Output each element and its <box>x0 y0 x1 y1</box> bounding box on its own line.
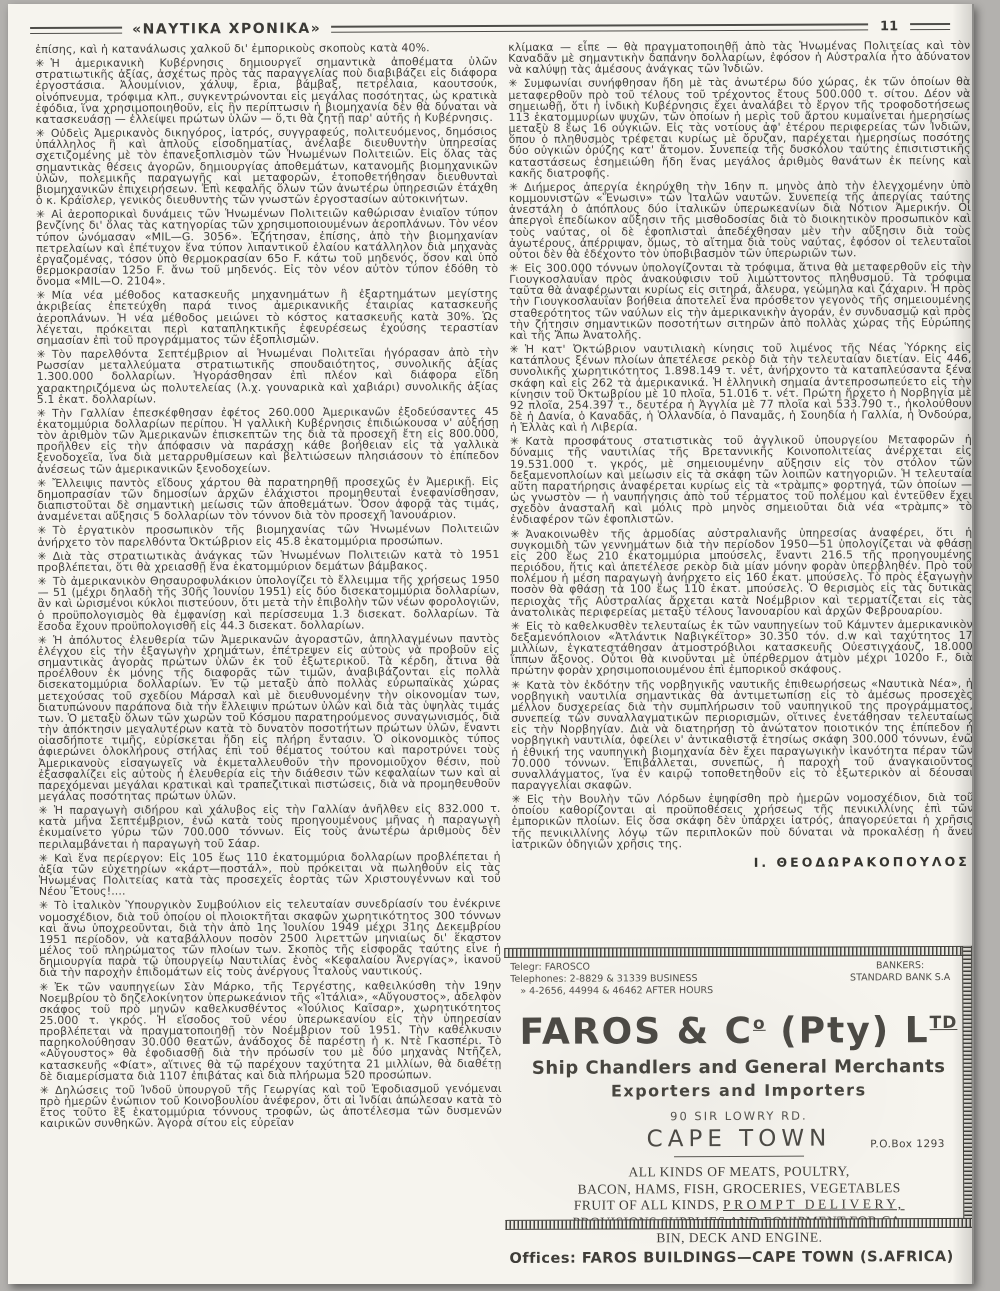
ad-city: CAPE TOWN <box>647 1126 832 1153</box>
news-paragraph: ✳Ἡ ἀπόλυτος ἐλευθερία τῶν Ἀμερικανῶν ἀγο… <box>38 633 501 802</box>
news-paragraph: ✳Ἔλλειψις παντὸς εἴδους χάρτου θὰ παρατη… <box>37 476 499 523</box>
paragraph-text: Εἰς 300.000 τόννων ὑπολογίζονται τὰ τρόφ… <box>509 260 971 342</box>
header-rule-middle <box>331 23 868 32</box>
news-paragraph: κλίμακα — εἶπε — θὰ πραγματοποιηθῇ ἀπὸ τ… <box>508 40 970 75</box>
ad-goods-line-1: ALL KINDS OF MEATS, POULTRY, <box>505 1163 973 1182</box>
ad-border-bottom <box>505 1218 973 1230</box>
news-paragraph: ἐπίσης, καὶ ἡ κατανάλωσις χαλκοῦ δι' ἐμπ… <box>35 42 497 55</box>
ad-subtitle-chandlers: Ship Chandlers and General Merchants <box>505 1056 973 1079</box>
paragraph-text: Ἐκ τῶν ναυπηγείων Σὰν Μάρκο, τῆς Τεργέστ… <box>39 978 501 1082</box>
ad-city-row: CAPE TOWN P.O.Box 1293 <box>505 1125 973 1153</box>
paragraph-text: Εἰς τὸ καθελκυσθὲν τελευταίως ἐκ τῶν ναυ… <box>511 618 973 678</box>
ad-street-address: 90 SIR LOWRY RD. <box>505 1108 973 1124</box>
ad-pobox: P.O.Box 1293 <box>870 1138 945 1150</box>
paragraph-text: Διήμερος ἀπεργία ἐκηρύχθη τὴν 16ην π. μη… <box>509 179 971 261</box>
paragraph-text: Οὐδεὶς Ἀμερικανὸς δικηγόρος, ἰατρός, συγ… <box>36 125 498 207</box>
paragraph-text: Τὴν Γαλλίαν ἐπεσκέφθησαν ἐφέτος 260.000 … <box>37 405 499 476</box>
news-paragraph: ✳Τὸ ἀμερικανικὸν Θησαυροφυλάκιον ὑπολογί… <box>37 574 499 632</box>
ad-company-name-main: FAROS & C <box>519 1011 753 1053</box>
paragraph-text: Ἔλλειψις παντὸς εἴδους χάρτου θὰ παρατηρ… <box>37 475 499 523</box>
news-paragraph: ✳Ἡ παραγωγὴ σιδήρου καὶ χάλυβος εἰς τὴν … <box>38 803 500 850</box>
news-paragraph: ✳Ἡ κατ' Ὀκτώβριον ναυτιλιακὴ κίνησις τοῦ… <box>509 342 971 433</box>
news-paragraph: ✳Εἰς τὸ καθελκυσθὲν τελευταίως ἐκ τῶν να… <box>511 619 973 677</box>
paragraph-text: Δηλώσεις τοῦ Ἰνδοῦ ὑπουργοῦ τῆς Γεωργίας… <box>40 1082 502 1130</box>
ad-phones-afterhours: » 4-2656, 44994 & 46462 AFTER HOURS <box>510 985 713 998</box>
paragraph-text: Διὰ τὰς στρατιωτικὰς ἀνάγκας τῶν Ἡνωμένω… <box>37 548 499 574</box>
paragraph-text: Ἡ κατ' Ὀκτώβριον ναυτιλιακὴ κίνησις τοῦ … <box>510 341 972 434</box>
page-number: 11 <box>878 19 900 34</box>
ad-offices-line: Offices: FAROS BUILDINGS—CAPE TOWN (S.AF… <box>505 1248 973 1266</box>
paragraph-text: Συμφωνίαι συνήφθησαν ἤδη μὲ τὰς ἀνωτέρω … <box>508 75 970 179</box>
scanned-page: «ΝΑΥΤΙΚΑ ΧΡΟΝΙΚΑ» 11 ἐπίσης, καὶ ἡ καταν… <box>8 4 974 1284</box>
advertisement-faros: Telegr: FAROSCO Telephones: 2-8829 & 313… <box>504 946 973 1230</box>
news-paragraph: ✳Τὸν παρελθόντα Σεπτέμβριον αἱ Ἡνωμέναι … <box>37 347 499 405</box>
paragraph-text: Τὸ ἀμερικανικὸν Θησαυροφυλάκιον ὑπολογίζ… <box>38 573 500 633</box>
page-header: «ΝΑΥΤΙΚΑ ΧΡΟΝΙΚΑ» 11 <box>30 18 950 38</box>
paragraph-text: Εἰς τὴν Βουλὴν τῶν Λόρδων ἐψηφίσθη πρὸ ἡ… <box>511 791 973 851</box>
author-signature: Ι. ΘΕΟΔΩΡΑΚΟΠΟΥΛΟΣ <box>512 856 974 869</box>
paragraph-text: Τὸ ἰταλικὸν Ὑπουργικὸν Συμβούλιον εἰς τε… <box>39 897 501 979</box>
news-paragraph: ✳Οὐδεὶς Ἀμερικανὸς δικηγόρος, ἰατρός, συ… <box>36 126 498 206</box>
ad-telegraph-phones: Telegr: FAROSCO Telephones: 2-8829 & 313… <box>510 961 713 998</box>
ad-goods-line-2: BACON, HAMS, FISH, GROCERIES, VEGETABLES <box>505 1179 973 1198</box>
paragraph-text: κλίμακα — εἶπε — θὰ πραγματοποιηθῇ ἀπὸ τ… <box>508 39 970 76</box>
ad-subtitle-exporters: Exporters and Importers <box>505 1080 973 1101</box>
paragraph-text: Ἡ παραγωγὴ σιδήρου καὶ χάλυβος εἰς τὴν Γ… <box>39 802 501 850</box>
news-paragraph: ✳Εἰς τὴν Βουλὴν τῶν Λόρδων ἐψηφίσθη πρὸ … <box>511 792 973 850</box>
paragraph-text: Ἀνακοινωθὲν τῆς ἁρμοδίας αὐστραλιανῆς ὑπ… <box>510 525 972 618</box>
right-column-paragraphs: κλίμακα — εἶπε — θὰ πραγματοποιηθῇ ἀπὸ τ… <box>508 40 974 850</box>
paragraph-text: Καὶ ἕνα περίεργον: Εἰς 105 ἕως 110 ἑκατο… <box>39 850 501 898</box>
news-paragraph: ✳Διήμερος ἀπεργία ἐκηρύχθη τὴν 16ην π. μ… <box>509 180 971 260</box>
paragraph-text: ἐπίσης, καὶ ἡ κατανάλωσις χαλκοῦ δι' ἐμπ… <box>35 41 430 56</box>
page-title: «ΝΑΥΤΙΚΑ ΧΡΟΝΙΚΑ» <box>132 21 321 38</box>
ad-divider-rule <box>674 1156 804 1158</box>
ad-border-top <box>504 946 972 958</box>
news-paragraph: ✳Καὶ ἕνα περίεργον: Εἰς 105 ἕως 110 ἑκατ… <box>39 851 501 898</box>
news-paragraph: ✳Ἀνακοινωθὲν τῆς ἁρμοδίας αὐστραλιανῆς ὑ… <box>510 526 972 617</box>
ad-company-name-mid: (Pty) L <box>766 1010 930 1052</box>
news-paragraph: ✳Εἰς 300.000 τόννων ὑπολογίζονται τὰ τρό… <box>509 261 971 341</box>
ad-company-name: FAROS & Co (Pty) LTD <box>504 1004 972 1052</box>
ad-goods-line-5: BIN, DECK AND ENGINE. <box>505 1229 973 1248</box>
paragraph-text: Τὸν παρελθόντα Σεπτέμβριον αἱ Ἡνωμέναι Π… <box>37 346 499 406</box>
paragraph-text: Κατὰ προσφάτους στατιστικὰς τοῦ ἀγγλικοῦ… <box>510 433 972 526</box>
news-paragraph: ✳Μία νέα μέθοδος κατασκευῆς μηχανημάτων … <box>36 288 498 346</box>
paragraph-text: Τὸ ἐργατικὸν προσωπικὸν τῆς βιομηχανίας … <box>37 522 499 548</box>
ad-company-sup-o: o <box>753 1014 766 1034</box>
ad-bankers-label: BANKERS: <box>850 960 950 972</box>
news-paragraph: ✳Διὰ τὰς στρατιωτικὰς ἀνάγκας τῶν Ἡνωμέν… <box>37 549 499 573</box>
news-paragraph: ✳Αἱ ἀεροπορικαὶ δυνάμεις τῶν Ἡνωμένων Πο… <box>36 207 498 287</box>
page-content: «ΝΑΥΤΙΚΑ ΧΡΟΝΙΚΑ» 11 ἐπίσης, καὶ ἡ καταν… <box>8 2 980 1286</box>
paragraph-text: Αἱ ἀεροπορικαὶ δυνάμεις τῶν Ἡνωμένων Πολ… <box>36 206 498 288</box>
news-paragraph: ✳Τὴν Γαλλίαν ἐπεσκέφθησαν ἐφέτος 260.000… <box>37 406 499 475</box>
news-paragraph: ✳Κατὰ προσφάτους στατιστικὰς τοῦ ἀγγλικο… <box>510 434 972 525</box>
header-rule-left <box>30 26 122 33</box>
right-column: κλίμακα — εἶπε — θὰ πραγματοποιηθῇ ἀπὸ τ… <box>508 40 974 869</box>
left-column: ἐπίσης, καὶ ἡ κατανάλωσις χαλκοῦ δι' ἐμπ… <box>35 42 502 1133</box>
ad-goods-line-3-text: FRUIT OF ALL KINDS, <box>574 1197 723 1213</box>
paragraph-text: Κατὰ τὸν ἐκδότην τῆς νορβηγικῆς ναυτικῆς… <box>511 676 973 791</box>
ad-goods-line-3: FRUIT OF ALL KINDS, PROMPT DELIVERY, <box>505 1196 973 1215</box>
ad-phones-business: Telephones: 2-8829 & 31339 BUSINESS <box>510 973 713 986</box>
news-paragraph: ✳Τὸ ἰταλικὸν Ὑπουργικὸν Συμβούλιον εἰς τ… <box>39 898 501 978</box>
ad-bankers-name: STANDARD BANK S.A <box>850 972 950 984</box>
ad-company-sup-td: TD <box>930 1013 958 1033</box>
paragraph-text: Ἡ ἀπόλυτος ἐλευθερία τῶν Ἀμερικανῶν ἀγορ… <box>38 632 501 803</box>
ad-telegraph: Telegr: FAROSCO <box>510 961 713 974</box>
ad-border-right <box>962 946 973 1228</box>
header-rule-right <box>910 22 950 29</box>
news-paragraph: ✳Κατὰ τὸν ἐκδότην τῆς νορβηγικῆς ναυτικῆ… <box>511 677 973 791</box>
news-paragraph: ✳Ἐκ τῶν ναυπηγείων Σὰν Μάρκο, τῆς Τεργέσ… <box>39 979 501 1081</box>
news-paragraph: ✳Ἡ ἀμερικανικὴ Κυβέρνησις δημιουργεῖ σημ… <box>35 56 497 125</box>
news-paragraph: ✳Τὸ ἐργατικὸν προσωπικὸν τῆς βιομηχανίας… <box>37 523 499 547</box>
paragraph-text: Μία νέα μέθοδος κατασκευῆς μηχανημάτων ἢ… <box>36 287 498 347</box>
ad-goods-list: ALL KINDS OF MEATS, POULTRY, BACON, HAMS… <box>505 1163 973 1248</box>
news-paragraph: ✳Δηλώσεις τοῦ Ἰνδοῦ ὑπουργοῦ τῆς Γεωργία… <box>40 1083 502 1130</box>
ad-prompt-delivery: PROMPT DELIVERY, <box>723 1196 905 1212</box>
ad-bankers: BANKERS: STANDARD BANK S.A <box>850 960 950 996</box>
news-paragraph: ✳Συμφωνίαι συνήφθησαν ἤδη μὲ τὰς ἀνωτέρω… <box>508 76 970 178</box>
paragraph-text: Ἡ ἀμερικανικὴ Κυβέρνησις δημιουργεῖ σημα… <box>35 55 497 126</box>
